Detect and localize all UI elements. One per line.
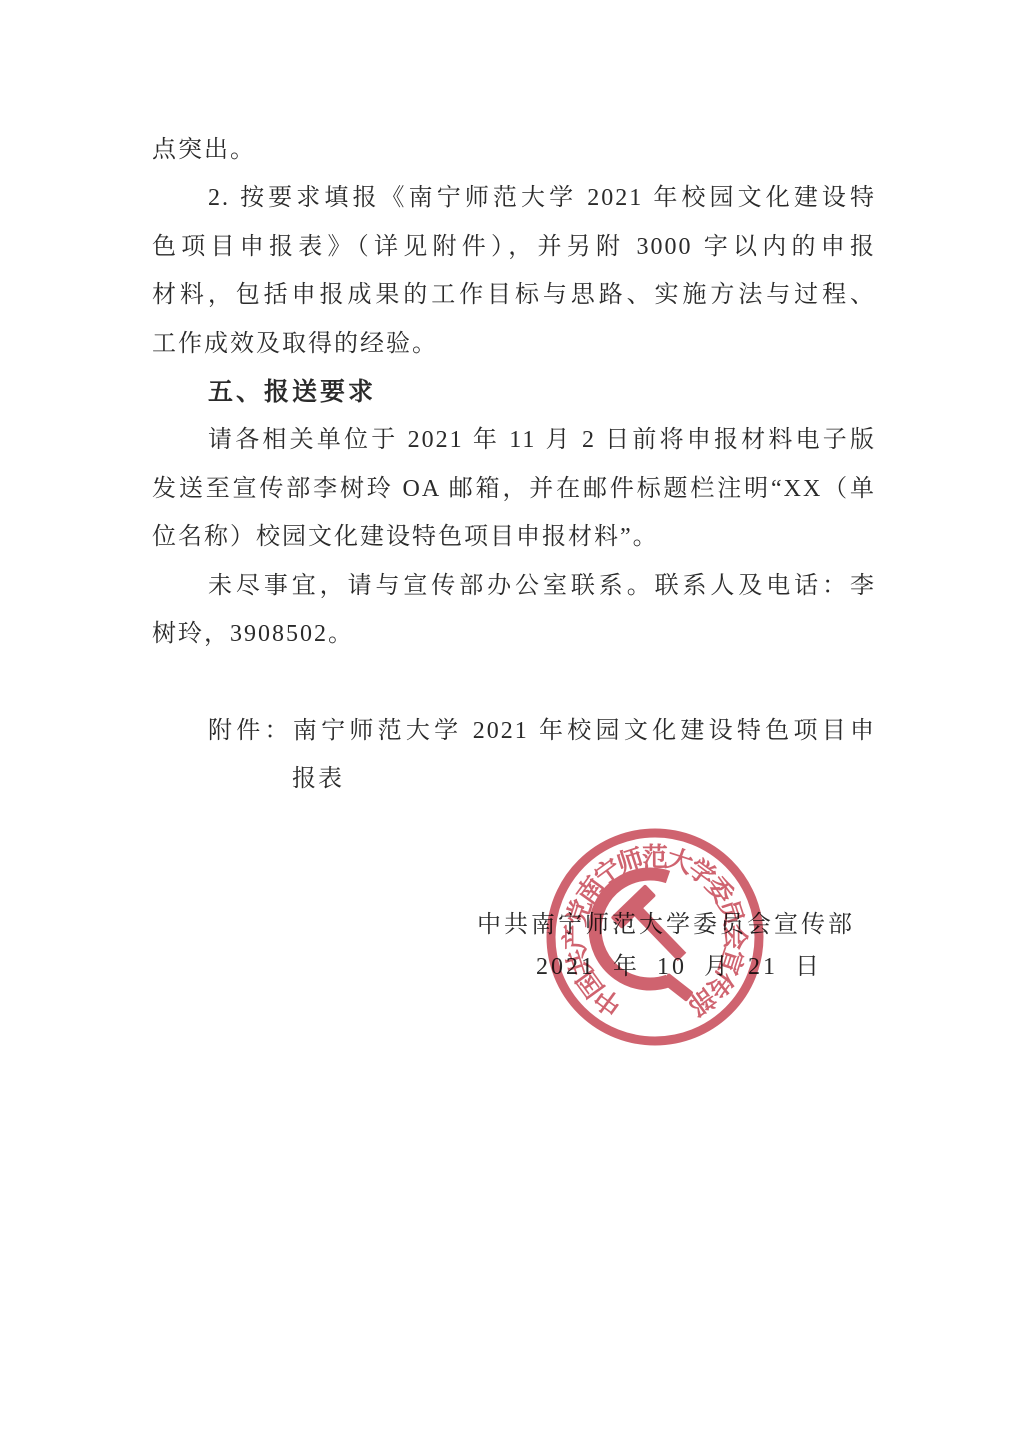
document-page: { "page": { "background": "#ffffff", "in…: [0, 0, 1024, 1448]
attachment-line: 附件：南宁师范大学 2021 年校园文化建设特色项目申: [152, 707, 876, 755]
document-line: 工作成效及取得的经验。: [152, 320, 876, 368]
attachment-line: 报表: [152, 755, 876, 803]
document-line: 色项目申报表》（详见附件），并另附 3000 字以内的申报: [152, 223, 876, 271]
blank-line: [152, 658, 876, 706]
section-heading: 五、报送要求: [152, 368, 876, 416]
official-seal-stamp: 中国共产党南宁师范大学委员会宣传部: [535, 817, 775, 1057]
document-line: 发送至宣传部李树玲 OA 邮箱，并在邮件标题栏注明“XX（单: [152, 465, 876, 513]
document-line: 材料，包括申报成果的工作目标与思路、实施方法与过程、: [152, 271, 876, 319]
document-line: 未尽事宜，请与宣传部办公室联系。联系人及电话：李: [152, 562, 876, 610]
document-line: 树玲，3908502。: [152, 610, 876, 658]
document-line: 2. 按要求填报《南宁师范大学 2021 年校园文化建设特: [152, 174, 876, 222]
document-body: 点突出。 2. 按要求填报《南宁师范大学 2021 年校园文化建设特 色项目申报…: [152, 126, 876, 803]
document-line: 位名称）校园文化建设特色项目申报材料”。: [152, 513, 876, 561]
document-line: 点突出。: [152, 126, 876, 174]
hammer-and-sickle-icon: [595, 874, 699, 1002]
document-line: 请各相关单位于 2021 年 11 月 2 日前将申报材料电子版: [152, 416, 876, 464]
